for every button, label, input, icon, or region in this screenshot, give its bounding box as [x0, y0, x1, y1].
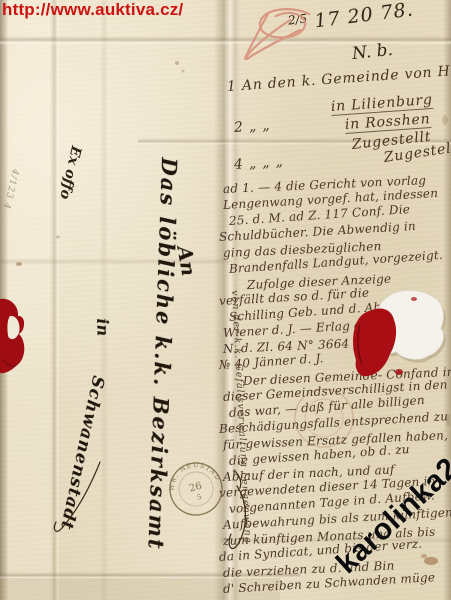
letter-body: ad 1. — 4 die Gericht von vorlag Lengenw… — [219, 181, 451, 597]
docket-note: N. b. — [351, 40, 394, 64]
recipient-row-3: 2 „ „ — [233, 117, 270, 135]
letter-scan: 2/5 17 20 78. N. b. 1 An den k. Gemeinde… — [0, 0, 451, 600]
docket-fraction: 2/5 — [287, 11, 308, 27]
postmark-month: 5 — [196, 493, 203, 502]
paper-edge-left — [0, 0, 9, 600]
postmark-day: 26 — [188, 481, 203, 495]
ex-offo-note: Ex offo — [56, 144, 84, 200]
pencil-filing-note: 4/123 4 — [1, 168, 20, 211]
recipient-row-5: 4 „ „ „ — [233, 154, 284, 173]
paper-strip-left — [7, 0, 53, 600]
docket-number-text: 17 20 78. — [313, 0, 415, 32]
source-url-watermark: http://www.auktiva.cz/ — [2, 0, 183, 20]
address-line-place: Schwanenstadt — [56, 374, 108, 532]
recipient-row-1: 1 An den k. Gemeinde von Höf, — [226, 62, 451, 95]
address-line-in: in — [93, 318, 113, 336]
docket-number: 2/5 17 20 78. — [287, 0, 415, 36]
wax-seal-left — [0, 299, 24, 374]
fold-crease-vertical-2 — [100, 0, 108, 600]
